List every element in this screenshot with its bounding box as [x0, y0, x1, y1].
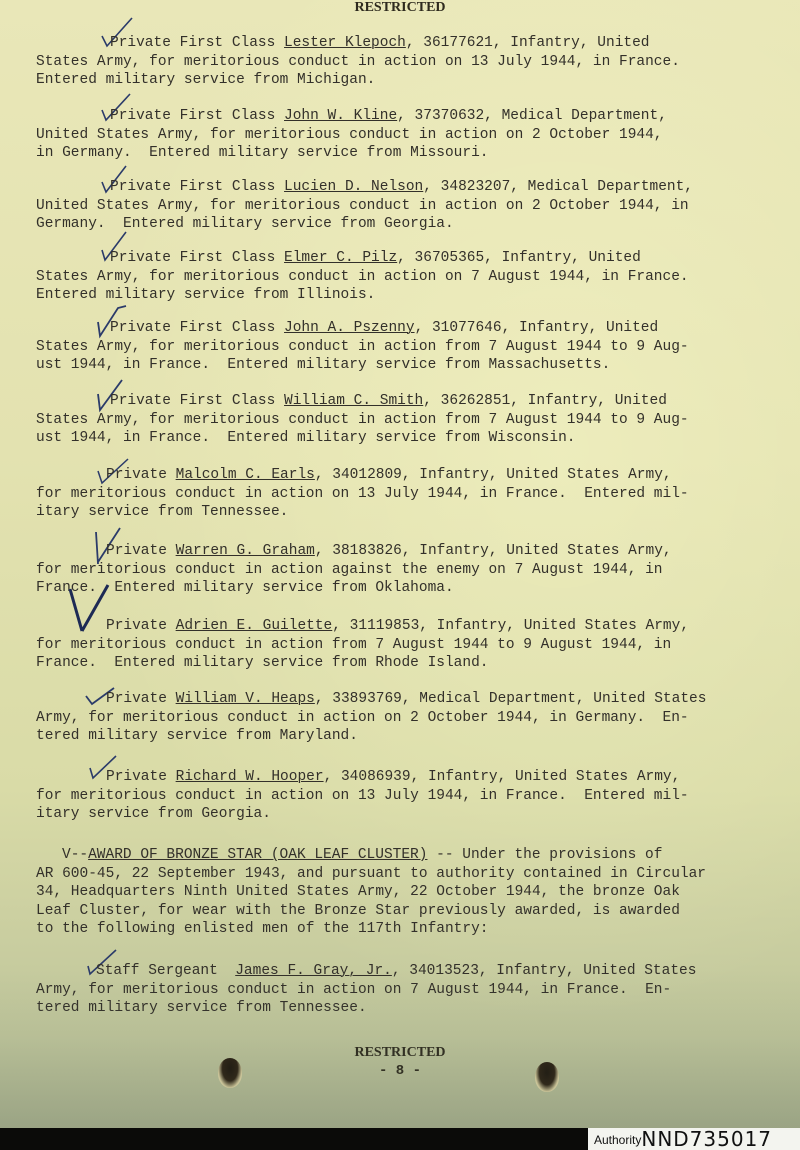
entry-text: , 31119853, Infantry, United States Army…: [332, 618, 689, 634]
entry-text: ust 1944, in France. Entered military se…: [36, 356, 766, 375]
authority-code: NND735017: [641, 1128, 772, 1150]
entry-rank: Private First Class: [110, 320, 275, 336]
entry-text: itary service from Tennessee.: [36, 503, 766, 522]
entry-rank: Private First Class: [110, 179, 275, 195]
entry-text: tered military service from Maryland.: [36, 727, 766, 746]
entry-text: itary service from Georgia.: [36, 805, 766, 824]
entry-text: , 33893769, Medical Department, United S…: [315, 691, 707, 707]
entry-rank: Private: [106, 543, 167, 559]
entry-text: , 34013523, Infantry, United States: [392, 963, 697, 979]
entry-text: for meritorious conduct in action on 13 …: [36, 787, 766, 806]
entry-text: France. Entered military service from Ok…: [36, 579, 766, 598]
entry-text: Entered military service from Illinois.: [36, 286, 766, 305]
entry-text: Entered military service from Michigan.: [36, 71, 766, 90]
entry-text: , 36705365, Infantry, United: [397, 250, 641, 266]
footer-restricted-stamp: RESTRICTED: [0, 1045, 800, 1061]
entry-text: , 38183826, Infantry, United States Army…: [315, 543, 672, 559]
entry-text: States Army, for meritorious conduct in …: [36, 53, 766, 72]
entry-text: States Army, for meritorious conduct in …: [36, 268, 766, 287]
entry-text: in Germany. Entered military service fro…: [36, 144, 766, 163]
entry-name: Adrien E. Guilette: [176, 618, 333, 634]
section-title: AWARD OF BRONZE STAR (OAK LEAF CLUSTER): [88, 847, 427, 863]
authority-label: AuthorityNND735017: [588, 1128, 800, 1150]
entry-text: , 34823207, Medical Department,: [423, 179, 693, 195]
entry-name: James F. Gray, Jr.: [235, 963, 392, 979]
entry-name: Lucien D. Nelson: [284, 179, 423, 195]
entry-text: for meritorious conduct in action agains…: [36, 561, 766, 580]
section-text: -- Under the provisions of: [427, 847, 662, 863]
entry-text: States Army, for meritorious conduct in …: [36, 411, 766, 430]
punch-hole: [218, 1058, 242, 1088]
citation-entry: Private First Class Elmer C. Pilz, 36705…: [36, 249, 766, 305]
section-number: V--: [62, 847, 88, 863]
entry-text: Germany. Entered military service from G…: [36, 215, 766, 234]
entry-text: States Army, for meritorious conduct in …: [36, 338, 766, 357]
entry-text: , 31077646, Infantry, United: [415, 320, 659, 336]
citation-entry: Private Warren G. Graham, 38183826, Infa…: [36, 542, 766, 598]
entry-rank: Private First Class: [110, 250, 275, 266]
entry-text: for meritorious conduct in action on 13 …: [36, 485, 766, 504]
section-text: 34, Headquarters Ninth United States Arm…: [36, 883, 766, 902]
citation-entry: Private First Class John W. Kline, 37370…: [36, 107, 766, 163]
entry-text: ust 1944, in France. Entered military se…: [36, 429, 766, 448]
entry-rank: Private: [106, 467, 167, 483]
entry-rank: Staff Sergeant: [96, 963, 218, 979]
entry-rank: Private: [106, 691, 167, 707]
entry-rank: Private: [106, 618, 167, 634]
section-award-paragraph: V--AWARD OF BRONZE STAR (OAK LEAF CLUSTE…: [36, 846, 766, 939]
entry-text: United States Army, for meritorious cond…: [36, 197, 766, 216]
citation-entry: Private First Class Lester Klepoch, 3617…: [36, 34, 766, 90]
section-text: to the following enlisted men of the 117…: [36, 920, 766, 939]
entry-name: Malcolm C. Earls: [176, 467, 315, 483]
entry-name: Richard W. Hooper: [176, 769, 324, 785]
entry-name: Lester Klepoch: [284, 35, 406, 51]
citation-entry: Private First Class Lucien D. Nelson, 34…: [36, 178, 766, 234]
entry-rank: Private First Class: [110, 108, 275, 124]
entry-text: for meritorious conduct in action from 7…: [36, 636, 766, 655]
entry-text: Army, for meritorious conduct in action …: [36, 981, 766, 1000]
entry-rank: Private First Class: [110, 35, 275, 51]
entry-name: William V. Heaps: [176, 691, 315, 707]
punch-hole: [535, 1062, 559, 1092]
entry-rank: Private: [106, 769, 167, 785]
entry-name: John W. Kline: [284, 108, 397, 124]
entry-text: Army, for meritorious conduct in action …: [36, 709, 766, 728]
entry-text: , 37370632, Medical Department,: [397, 108, 667, 124]
entry-name: Elmer C. Pilz: [284, 250, 397, 266]
page-number: - 8 -: [0, 1063, 800, 1079]
section-text: AR 600-45, 22 September 1943, and pursua…: [36, 865, 766, 884]
entry-name: John A. Pszenny: [284, 320, 415, 336]
citation-entry: Private Richard W. Hooper, 34086939, Inf…: [36, 768, 766, 824]
document-page: RESTRICTED Private First Class Lester Kl…: [0, 0, 800, 1128]
header-restricted-stamp: RESTRICTED: [0, 0, 800, 16]
entry-rank: Private First Class: [110, 393, 275, 409]
citation-entry: Private Adrien E. Guilette, 31119853, In…: [36, 617, 766, 673]
citation-entry: Private First Class John A. Pszenny, 310…: [36, 319, 766, 375]
entry-name: Warren G. Graham: [176, 543, 315, 559]
citation-entry: Private Malcolm C. Earls, 34012809, Infa…: [36, 466, 766, 522]
entry-name: William C. Smith: [284, 393, 423, 409]
section-text: Leaf Cluster, for wear with the Bronze S…: [36, 902, 766, 921]
entry-text: , 36177621, Infantry, United: [406, 35, 650, 51]
citation-entry: Private First Class William C. Smith, 36…: [36, 392, 766, 448]
entry-text: tered military service from Tennessee.: [36, 999, 766, 1018]
entry-text: , 36262851, Infantry, United: [423, 393, 667, 409]
authority-text: Authority: [594, 1133, 641, 1147]
citation-entry: Staff Sergeant James F. Gray, Jr., 34013…: [36, 962, 766, 1018]
entry-text: United States Army, for meritorious cond…: [36, 126, 766, 145]
entry-text: , 34086939, Infantry, United States Army…: [324, 769, 681, 785]
citation-entry: Private William V. Heaps, 33893769, Medi…: [36, 690, 766, 746]
entry-text: , 34012809, Infantry, United States Army…: [315, 467, 672, 483]
entry-text: France. Entered military service from Rh…: [36, 654, 766, 673]
